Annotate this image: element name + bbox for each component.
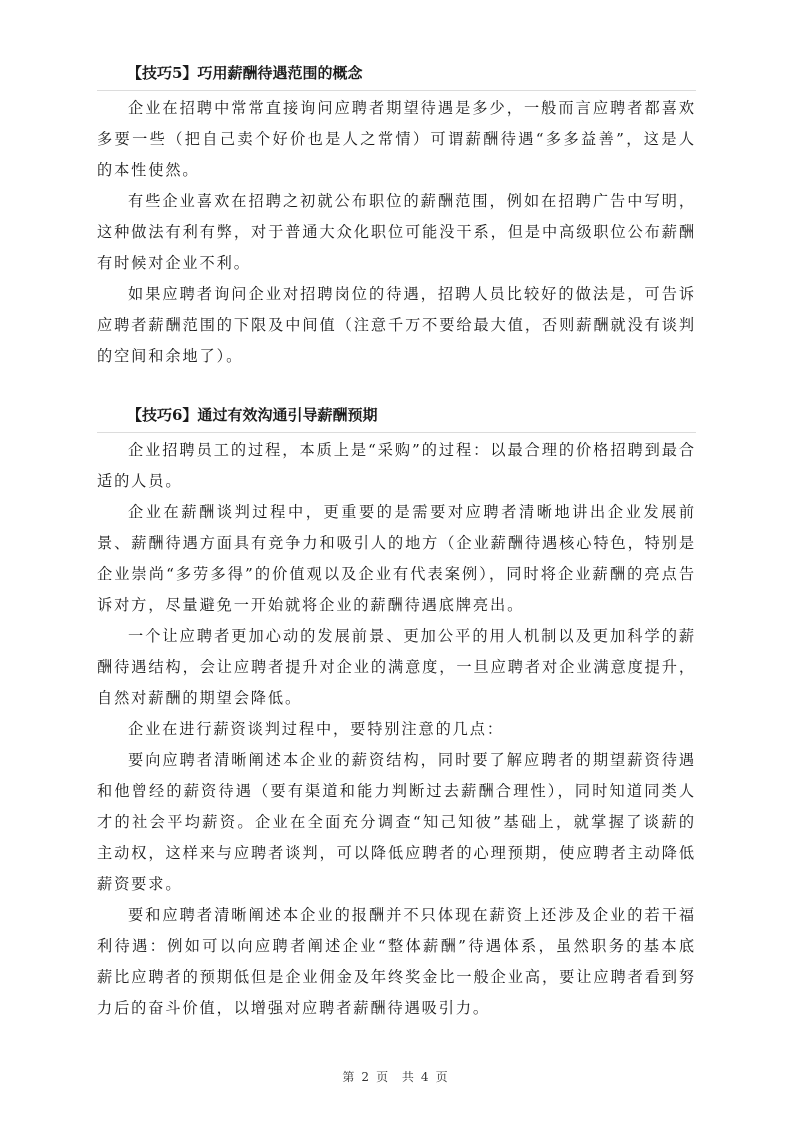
paragraph: 企业在招聘中常常直接询问应聘者期望待遇是多少，一般而言应聘者都喜欢多要一些（把自… <box>97 93 696 186</box>
paragraph: 如果应聘者询问企业对招聘岗位的待遇，招聘人员比较好的做法是，可告诉应聘者薪酬范围… <box>97 279 696 372</box>
footer-page-word: 页 <box>376 1070 391 1084</box>
page-footer: 第2页 共4页 <box>0 1068 793 1085</box>
footer-prefix: 第 <box>342 1070 357 1084</box>
section-tip-5: 【技巧5】巧用薪酬待遇范围的概念 企业在招聘中常常直接询问应聘者期望待遇是多少，… <box>97 62 696 372</box>
paragraph: 企业在进行薪资谈判过程中，要特别注意的几点： <box>97 714 696 745</box>
paragraph: 有些企业喜欢在招聘之初就公布职位的薪酬范围，例如在招聘广告中写明，这种做法有利有… <box>97 186 696 279</box>
section-title: 【技巧5】巧用薪酬待遇范围的概念 <box>97 62 696 84</box>
section-divider <box>97 432 696 433</box>
section-divider <box>97 90 696 91</box>
section-title: 【技巧6】通过有效沟通引导薪酬预期 <box>97 404 696 426</box>
section-tip-6: 【技巧6】通过有效沟通引导薪酬预期 企业招聘员工的过程，本质上是“采购”的过程：… <box>97 404 696 1024</box>
paragraph: 企业招聘员工的过程，本质上是“采购”的过程：以最合理的价格招聘到最合适的人员。 <box>97 435 696 497</box>
current-page-number: 2 <box>361 1070 372 1084</box>
paragraph: 一个让应聘者更加心动的发展前景、更加公平的用人机制以及更加科学的薪酬待遇结构，会… <box>97 621 696 714</box>
total-pages-number: 4 <box>421 1070 432 1084</box>
footer-total-prefix: 共 <box>402 1070 417 1084</box>
paragraph: 要向应聘者清晰阐述本企业的薪资结构，同时要了解应聘者的期望薪资待遇和他曾经的薪资… <box>97 745 696 900</box>
paragraph: 企业在薪酬谈判过程中，更重要的是需要对应聘者清晰地讲出企业发展前景、薪酬待遇方面… <box>97 497 696 621</box>
paragraph: 要和应聘者清晰阐述本企业的报酬并不只体现在薪资上还涉及企业的若干福利待遇：例如可… <box>97 900 696 1024</box>
footer-suffix: 页 <box>436 1070 451 1084</box>
